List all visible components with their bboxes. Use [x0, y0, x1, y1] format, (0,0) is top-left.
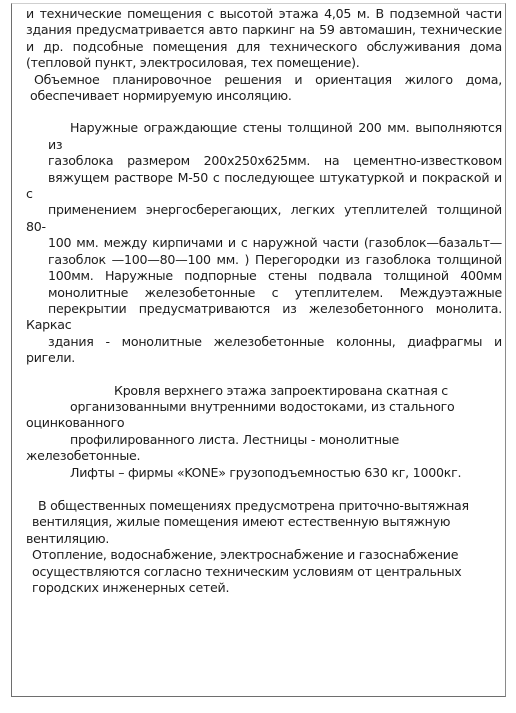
paragraph-insolation: Объемное планировочное решения и ориента…: [26, 72, 502, 105]
text-line: Наружные ограждающие стены толщиной 200 …: [26, 120, 502, 153]
text-line: газоблока размером 200х250х625мм. на цем…: [26, 153, 502, 169]
text-line: 100 мм. между кирпичами и с наружной час…: [26, 235, 502, 251]
text-line: осуществляются согласно техническим усло…: [26, 564, 502, 580]
text-line: организованными внутренними водостоками,…: [26, 399, 502, 432]
text-line: Кровля верхнего этажа запроектирована ск…: [26, 383, 502, 399]
document-body: и технические помещения с высотой этажа …: [26, 6, 502, 596]
text-line: монолитные железобетонные с утеплителем.…: [26, 285, 502, 301]
text-line: (тепловой пункт, электросиловая, тех пом…: [26, 55, 502, 71]
text-line: Отопление, водоснабжение, электроснабжен…: [26, 547, 502, 563]
text-line: и технические помещения с высотой этажа …: [26, 6, 502, 22]
text-line: обеспечивает нормируемую инсоляцию.: [26, 88, 502, 104]
text-line: 100мм. Наружные подпорные стены подвала …: [26, 268, 502, 284]
text-line: вяжущем растворе М-50 с последующее штук…: [26, 170, 502, 203]
text-line: здания - монолитные железобетонные колон…: [26, 334, 502, 367]
paragraph-walls: Наружные ограждающие стены толщиной 200 …: [26, 120, 502, 366]
text-line: применением энергосберегающих, легких ут…: [26, 202, 502, 235]
text-line: здания предусматривается авто паркинг на…: [26, 22, 502, 38]
text-line: профилированного листа. Лестницы - монол…: [26, 432, 502, 465]
text-line: городских инженерных сетей.: [26, 580, 502, 596]
paragraph-utilities: В общественных помещениях предусмотрена …: [26, 498, 502, 596]
text-line: В общественных помещениях предусмотрена …: [26, 498, 502, 514]
text-line: Лифты – фирмы «KONE» грузоподъемностью 6…: [26, 465, 502, 481]
text-line: газоблок —100—80—100 мм. ) Перегородки и…: [26, 252, 502, 268]
text-line: вентиляция, жилые помещения имеют естест…: [26, 514, 502, 547]
text-line: перекрытии предусматриваются из железобе…: [26, 301, 502, 334]
text-line: Объемное планировочное решения и ориента…: [26, 72, 502, 88]
paragraph-roof-stairs-lifts: Кровля верхнего этажа запроектирована ск…: [26, 383, 502, 481]
text-line: и др. подсобные помещения для техническо…: [26, 39, 502, 55]
paragraph-building-overview: и технические помещения с высотой этажа …: [26, 6, 502, 72]
